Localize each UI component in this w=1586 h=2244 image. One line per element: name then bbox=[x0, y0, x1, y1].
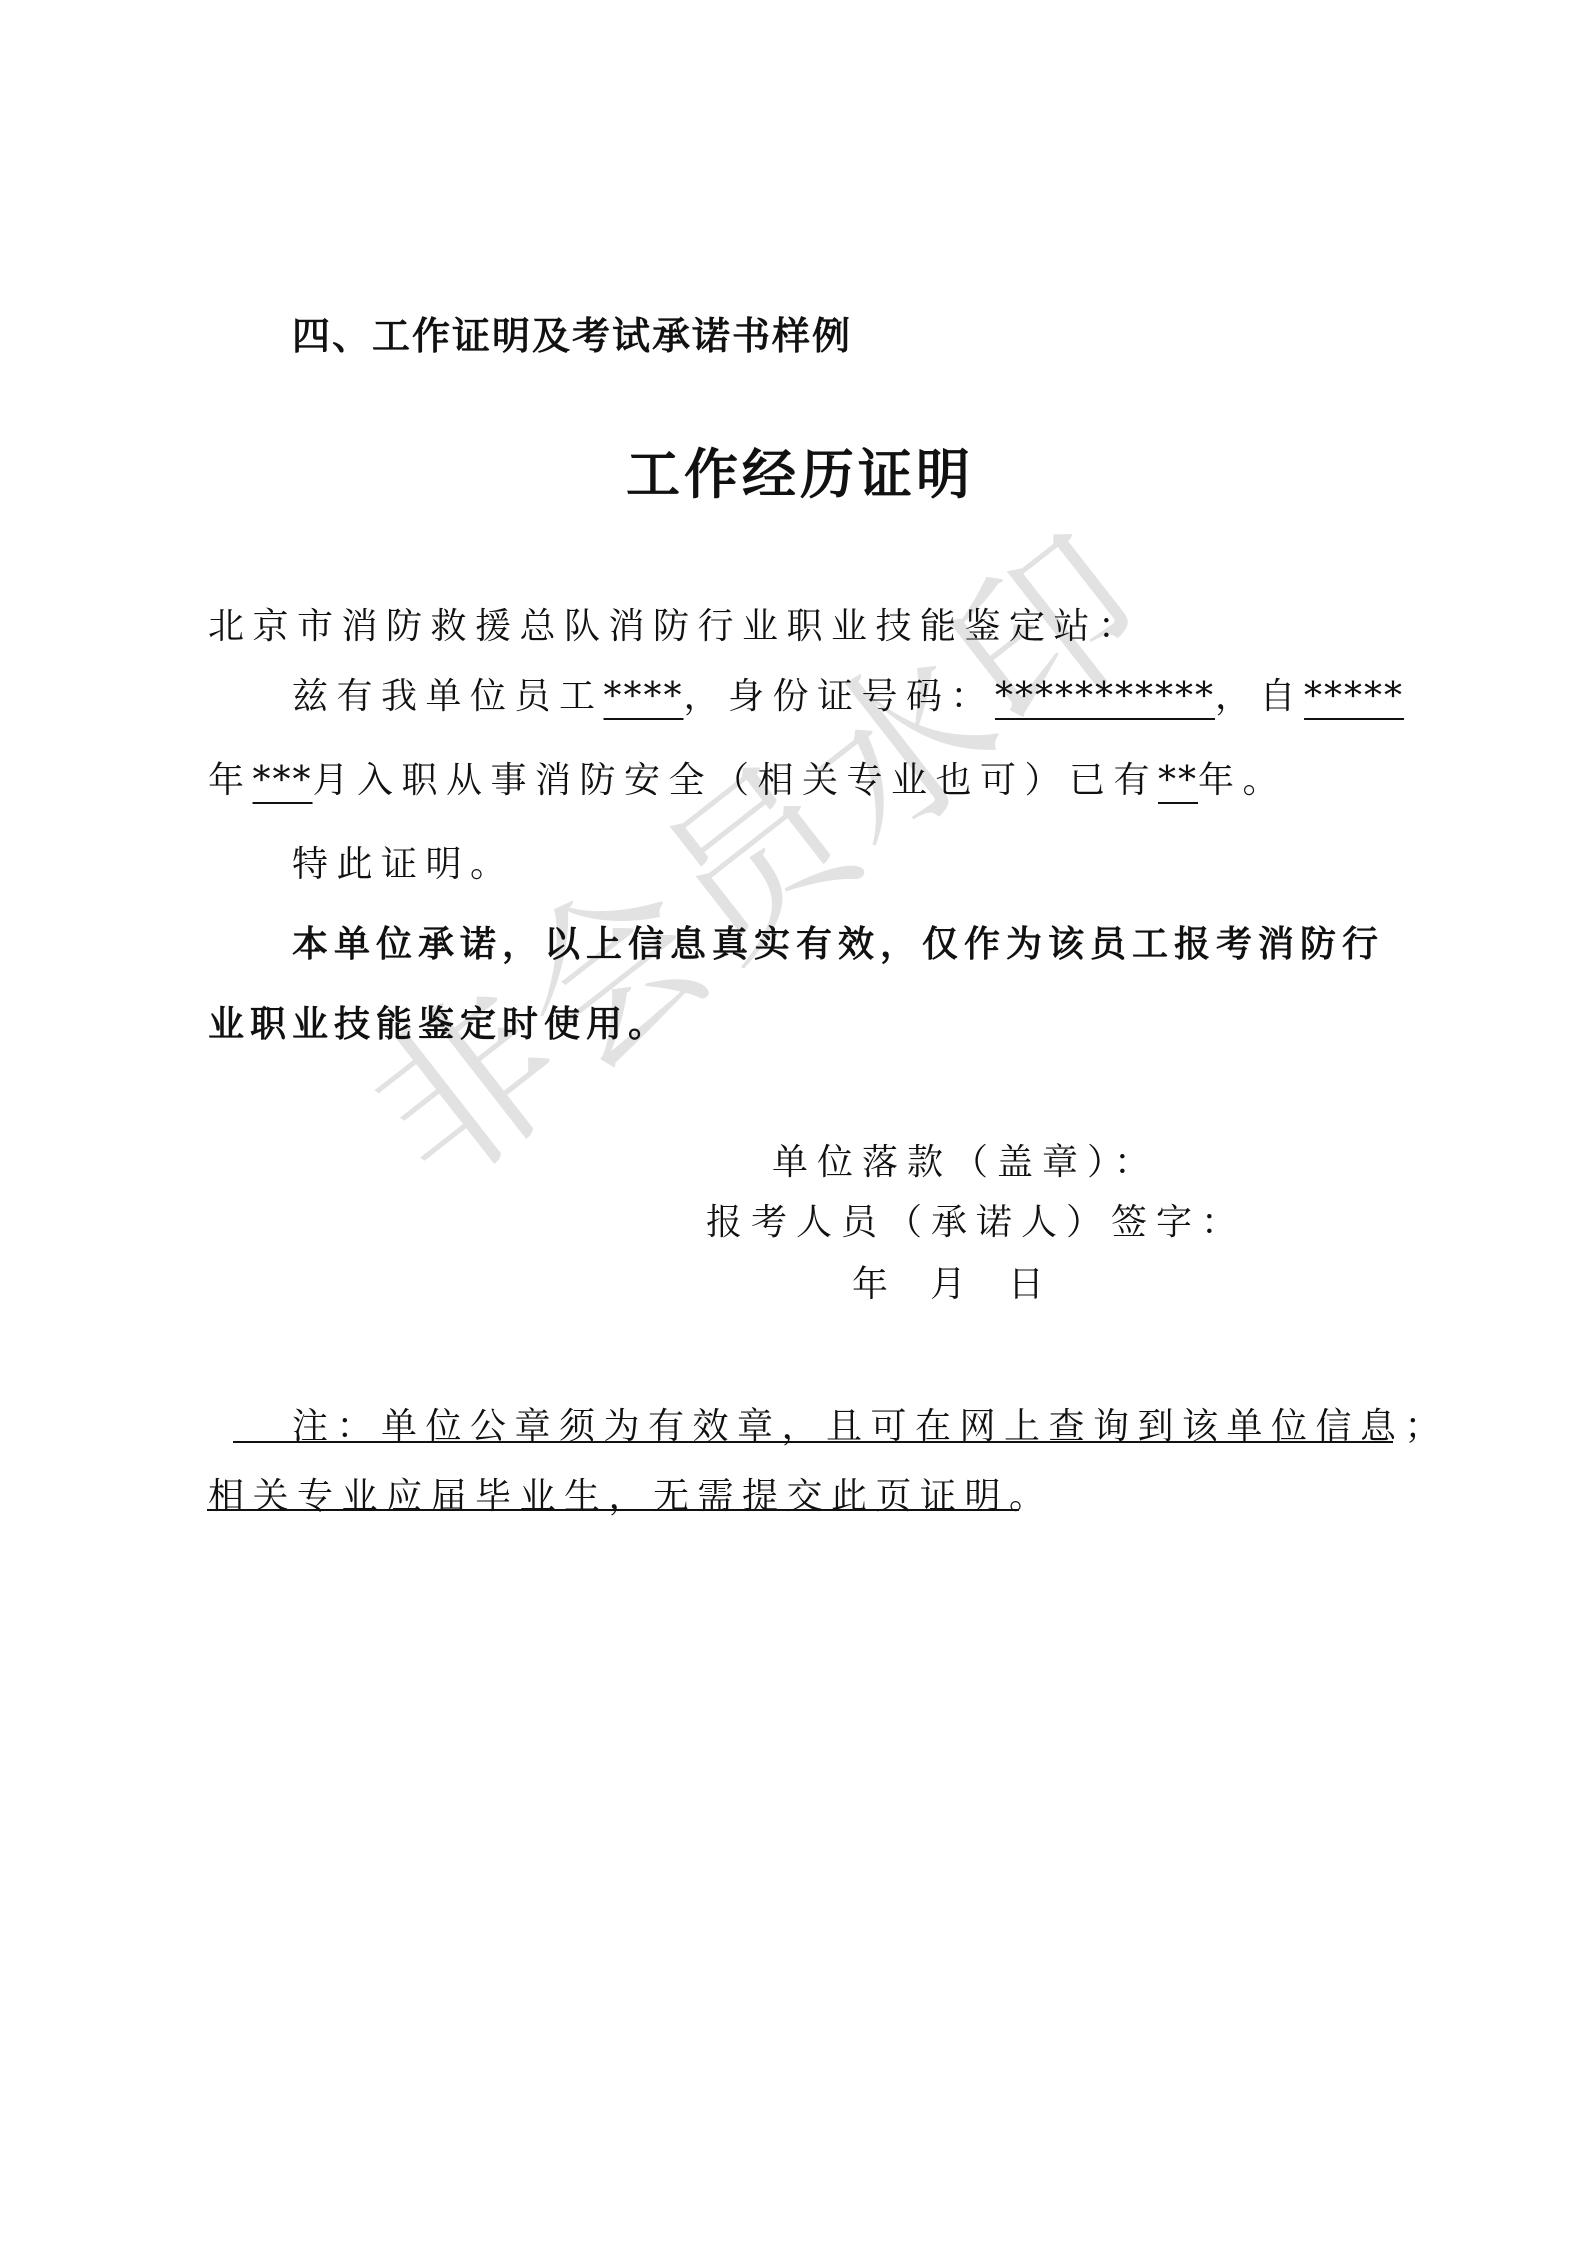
start-year-field: ***** bbox=[1304, 676, 1404, 717]
body-line-2: 年***月入职从事消防安全（相关专业也可）已有**年。 bbox=[208, 752, 1287, 803]
date-month-label: 月 bbox=[930, 1256, 966, 1307]
employee-name-field: **** bbox=[604, 676, 684, 717]
id-number-field: *********** bbox=[995, 676, 1215, 717]
start-month-field: *** bbox=[253, 760, 313, 801]
certify-statement: 特此证明。 bbox=[292, 836, 515, 887]
applicant-signature-label: 报考人员（承诺人）签字： bbox=[706, 1194, 1246, 1245]
body-middle: 月入职从事消防安全（相关专业也可）已有 bbox=[313, 760, 1159, 801]
body-prefix: 兹有我单位员工 bbox=[292, 676, 604, 717]
addressee: 北京市消防救援总队消防行业职业技能鉴定站： bbox=[208, 598, 1143, 649]
date-year-label: 年 bbox=[852, 1256, 888, 1307]
note-underline-1 bbox=[233, 1441, 1393, 1443]
commitment-line-1: 本单位承诺，以上信息真实有效，仅作为该员工报考消防行 bbox=[292, 916, 1384, 967]
date-day-label: 日 bbox=[1008, 1256, 1044, 1307]
body-line-1: 兹有我单位员工****，身份证号码：***********，自***** bbox=[292, 668, 1404, 719]
section-heading: 四、工作证明及考试承诺书样例 bbox=[292, 305, 852, 360]
note-line-2: 相关专业应届毕业生，无需提交此页证明。 bbox=[208, 1468, 1054, 1519]
unit-seal-label: 单位落款（盖章）： bbox=[772, 1134, 1159, 1185]
commitment-line-2: 业职业技能鉴定时使用。 bbox=[208, 996, 670, 1047]
id-label: ，身份证号码： bbox=[684, 676, 996, 717]
year-label: 年 bbox=[208, 760, 253, 801]
note-underline-2 bbox=[207, 1509, 1019, 1511]
date-line: 年月日 bbox=[852, 1256, 1086, 1307]
document-title: 工作经历证明 bbox=[0, 432, 1586, 509]
body-suffix: 年。 bbox=[1198, 760, 1287, 801]
years-count-field: ** bbox=[1158, 760, 1198, 801]
from-label: ，自 bbox=[1215, 676, 1304, 717]
document-page: 非会员水印 四、工作证明及考试承诺书样例 工作经历证明 北京市消防救援总队消防行… bbox=[0, 0, 1586, 2244]
